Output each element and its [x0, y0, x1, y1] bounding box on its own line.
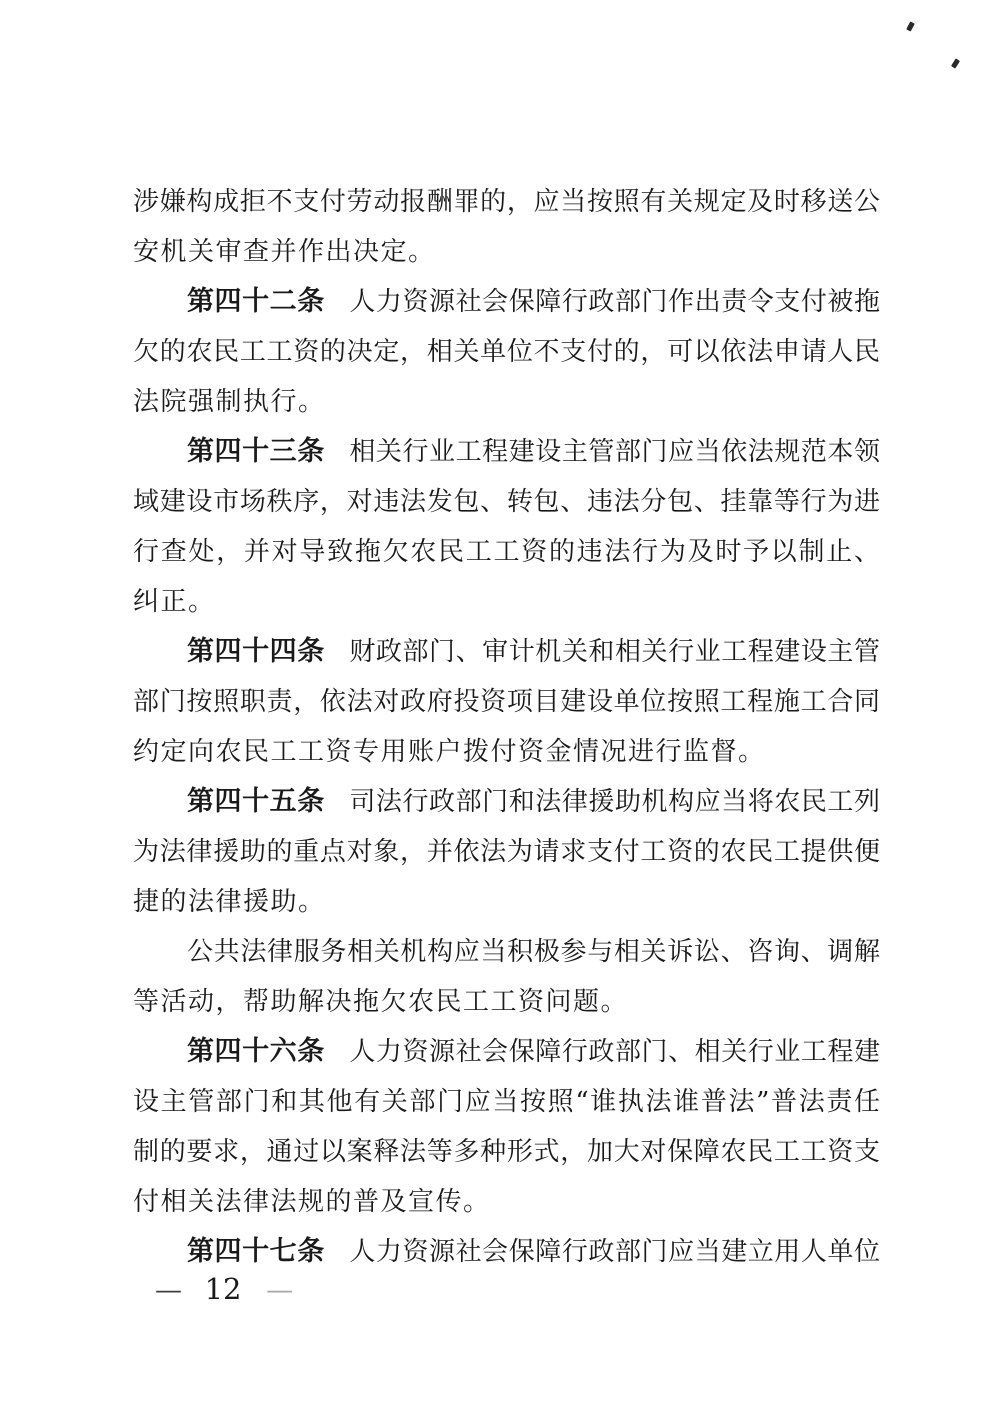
line-text: 捷的法律援助。 — [133, 887, 326, 917]
ink-speck — [906, 21, 915, 31]
document-body: 涉嫌构成拒不支付劳动报酬罪的，应当按照有关规定及时移送公安机关审查并作出决定。第… — [133, 177, 880, 1277]
text-line: 第四十三条相关行业工程建设主管部门应当依法规范本领 — [133, 427, 880, 477]
line-text: 法院强制执行。 — [133, 387, 326, 417]
text-line: 付相关法律法规的普及宣传。 — [133, 1177, 880, 1227]
line-text: 等活动，帮助解决拖欠农民工工资问题。 — [133, 987, 628, 1017]
line-text: 纠正。 — [133, 587, 216, 617]
text-line: 欠的农民工工资的决定，相关单位不支付的，可以依法申请人民 — [133, 327, 880, 377]
line-text: 公共法律服务相关机构应当积极参与相关诉讼、咨询、调解 — [187, 937, 880, 967]
article-number: 第四十二条 — [187, 286, 325, 317]
text-line: 约定向农民工工资专用账户拨付资金情况进行监督。 — [133, 727, 880, 777]
line-text: 安机关审查并作出决定。 — [133, 237, 436, 267]
text-line: 行查处，并对导致拖欠农民工工资的违法行为及时予以制止、 — [133, 527, 880, 577]
line-text: 行查处，并对导致拖欠农民工工资的违法行为及时予以制止、 — [133, 537, 880, 567]
text-line: 第四十七条人力资源社会保障行政部门应当建立用人单位 — [133, 1227, 880, 1277]
line-text: 欠的农民工工资的决定，相关单位不支付的，可以依法申请人民 — [133, 337, 880, 367]
text-line: 第四十二条人力资源社会保障行政部门作出责令支付被拖 — [133, 277, 880, 327]
line-text: 制的要求，通过以案释法等多种形式，加大对保障农民工工资支 — [133, 1137, 880, 1167]
text-line: 等活动，帮助解决拖欠农民工工资问题。 — [133, 977, 880, 1027]
text-line: 纠正。 — [133, 577, 880, 627]
article-number: 第四十七条 — [187, 1236, 325, 1267]
text-line: 安机关审查并作出决定。 — [133, 227, 880, 277]
line-text: 付相关法律法规的普及宣传。 — [133, 1187, 491, 1217]
line-text: 人力资源社会保障行政部门、相关行业工程建 — [349, 1037, 880, 1067]
footer-dash-right: — — [266, 1275, 293, 1306]
text-line: 域建设市场秩序，对违法发包、转包、违法分包、挂靠等行为进 — [133, 477, 880, 527]
line-text: 人力资源社会保障行政部门应当建立用人单位 — [349, 1237, 880, 1267]
article-number: 第四十五条 — [187, 786, 325, 817]
line-text: 为法律援助的重点对象，并依法为请求支付工资的农民工提供便 — [133, 837, 880, 867]
text-line: 制的要求，通过以案释法等多种形式，加大对保障农民工工资支 — [133, 1127, 880, 1177]
text-line: 涉嫌构成拒不支付劳动报酬罪的，应当按照有关规定及时移送公 — [133, 177, 880, 227]
text-line: 为法律援助的重点对象，并依法为请求支付工资的农民工提供便 — [133, 827, 880, 877]
line-text: 涉嫌构成拒不支付劳动报酬罪的，应当按照有关规定及时移送公 — [133, 187, 880, 217]
article-number: 第四十四条 — [187, 636, 325, 667]
line-text: 域建设市场秩序，对违法发包、转包、违法分包、挂靠等行为进 — [133, 487, 880, 517]
text-line: 公共法律服务相关机构应当积极参与相关诉讼、咨询、调解 — [133, 927, 880, 977]
text-line: 法院强制执行。 — [133, 377, 880, 427]
page-number: 12 — [205, 1272, 242, 1306]
document-page: 涉嫌构成拒不支付劳动报酬罪的，应当按照有关规定及时移送公安机关审查并作出决定。第… — [0, 0, 1000, 1413]
footer-dash-left: — — [155, 1275, 182, 1306]
text-line: 捷的法律援助。 — [133, 877, 880, 927]
article-number: 第四十六条 — [187, 1036, 325, 1067]
line-text: 相关行业工程建设主管部门应当依法规范本领 — [349, 437, 880, 467]
line-text: 设主管部门和其他有关部门应当按照“谁执法谁普法”普法责任 — [133, 1087, 880, 1117]
text-line: 设主管部门和其他有关部门应当按照“谁执法谁普法”普法责任 — [133, 1077, 880, 1127]
ink-speck — [951, 58, 960, 68]
line-text: 司法行政部门和法律援助机构应当将农民工列 — [349, 787, 880, 817]
line-text: 约定向农民工工资专用账户拨付资金情况进行监督。 — [133, 737, 766, 767]
text-line: 第四十五条司法行政部门和法律援助机构应当将农民工列 — [133, 777, 880, 827]
line-text: 人力资源社会保障行政部门作出责令支付被拖 — [349, 287, 880, 317]
article-number: 第四十三条 — [187, 436, 325, 467]
line-text: 部门按照职责，依法对政府投资项目建设单位按照工程施工合同 — [133, 687, 880, 717]
page-footer: — 12 — — [155, 1272, 293, 1306]
text-line: 第四十六条人力资源社会保障行政部门、相关行业工程建 — [133, 1027, 880, 1077]
line-text: 财政部门、审计机关和相关行业工程建设主管 — [349, 637, 880, 667]
text-line: 第四十四条财政部门、审计机关和相关行业工程建设主管 — [133, 627, 880, 677]
text-line: 部门按照职责，依法对政府投资项目建设单位按照工程施工合同 — [133, 677, 880, 727]
